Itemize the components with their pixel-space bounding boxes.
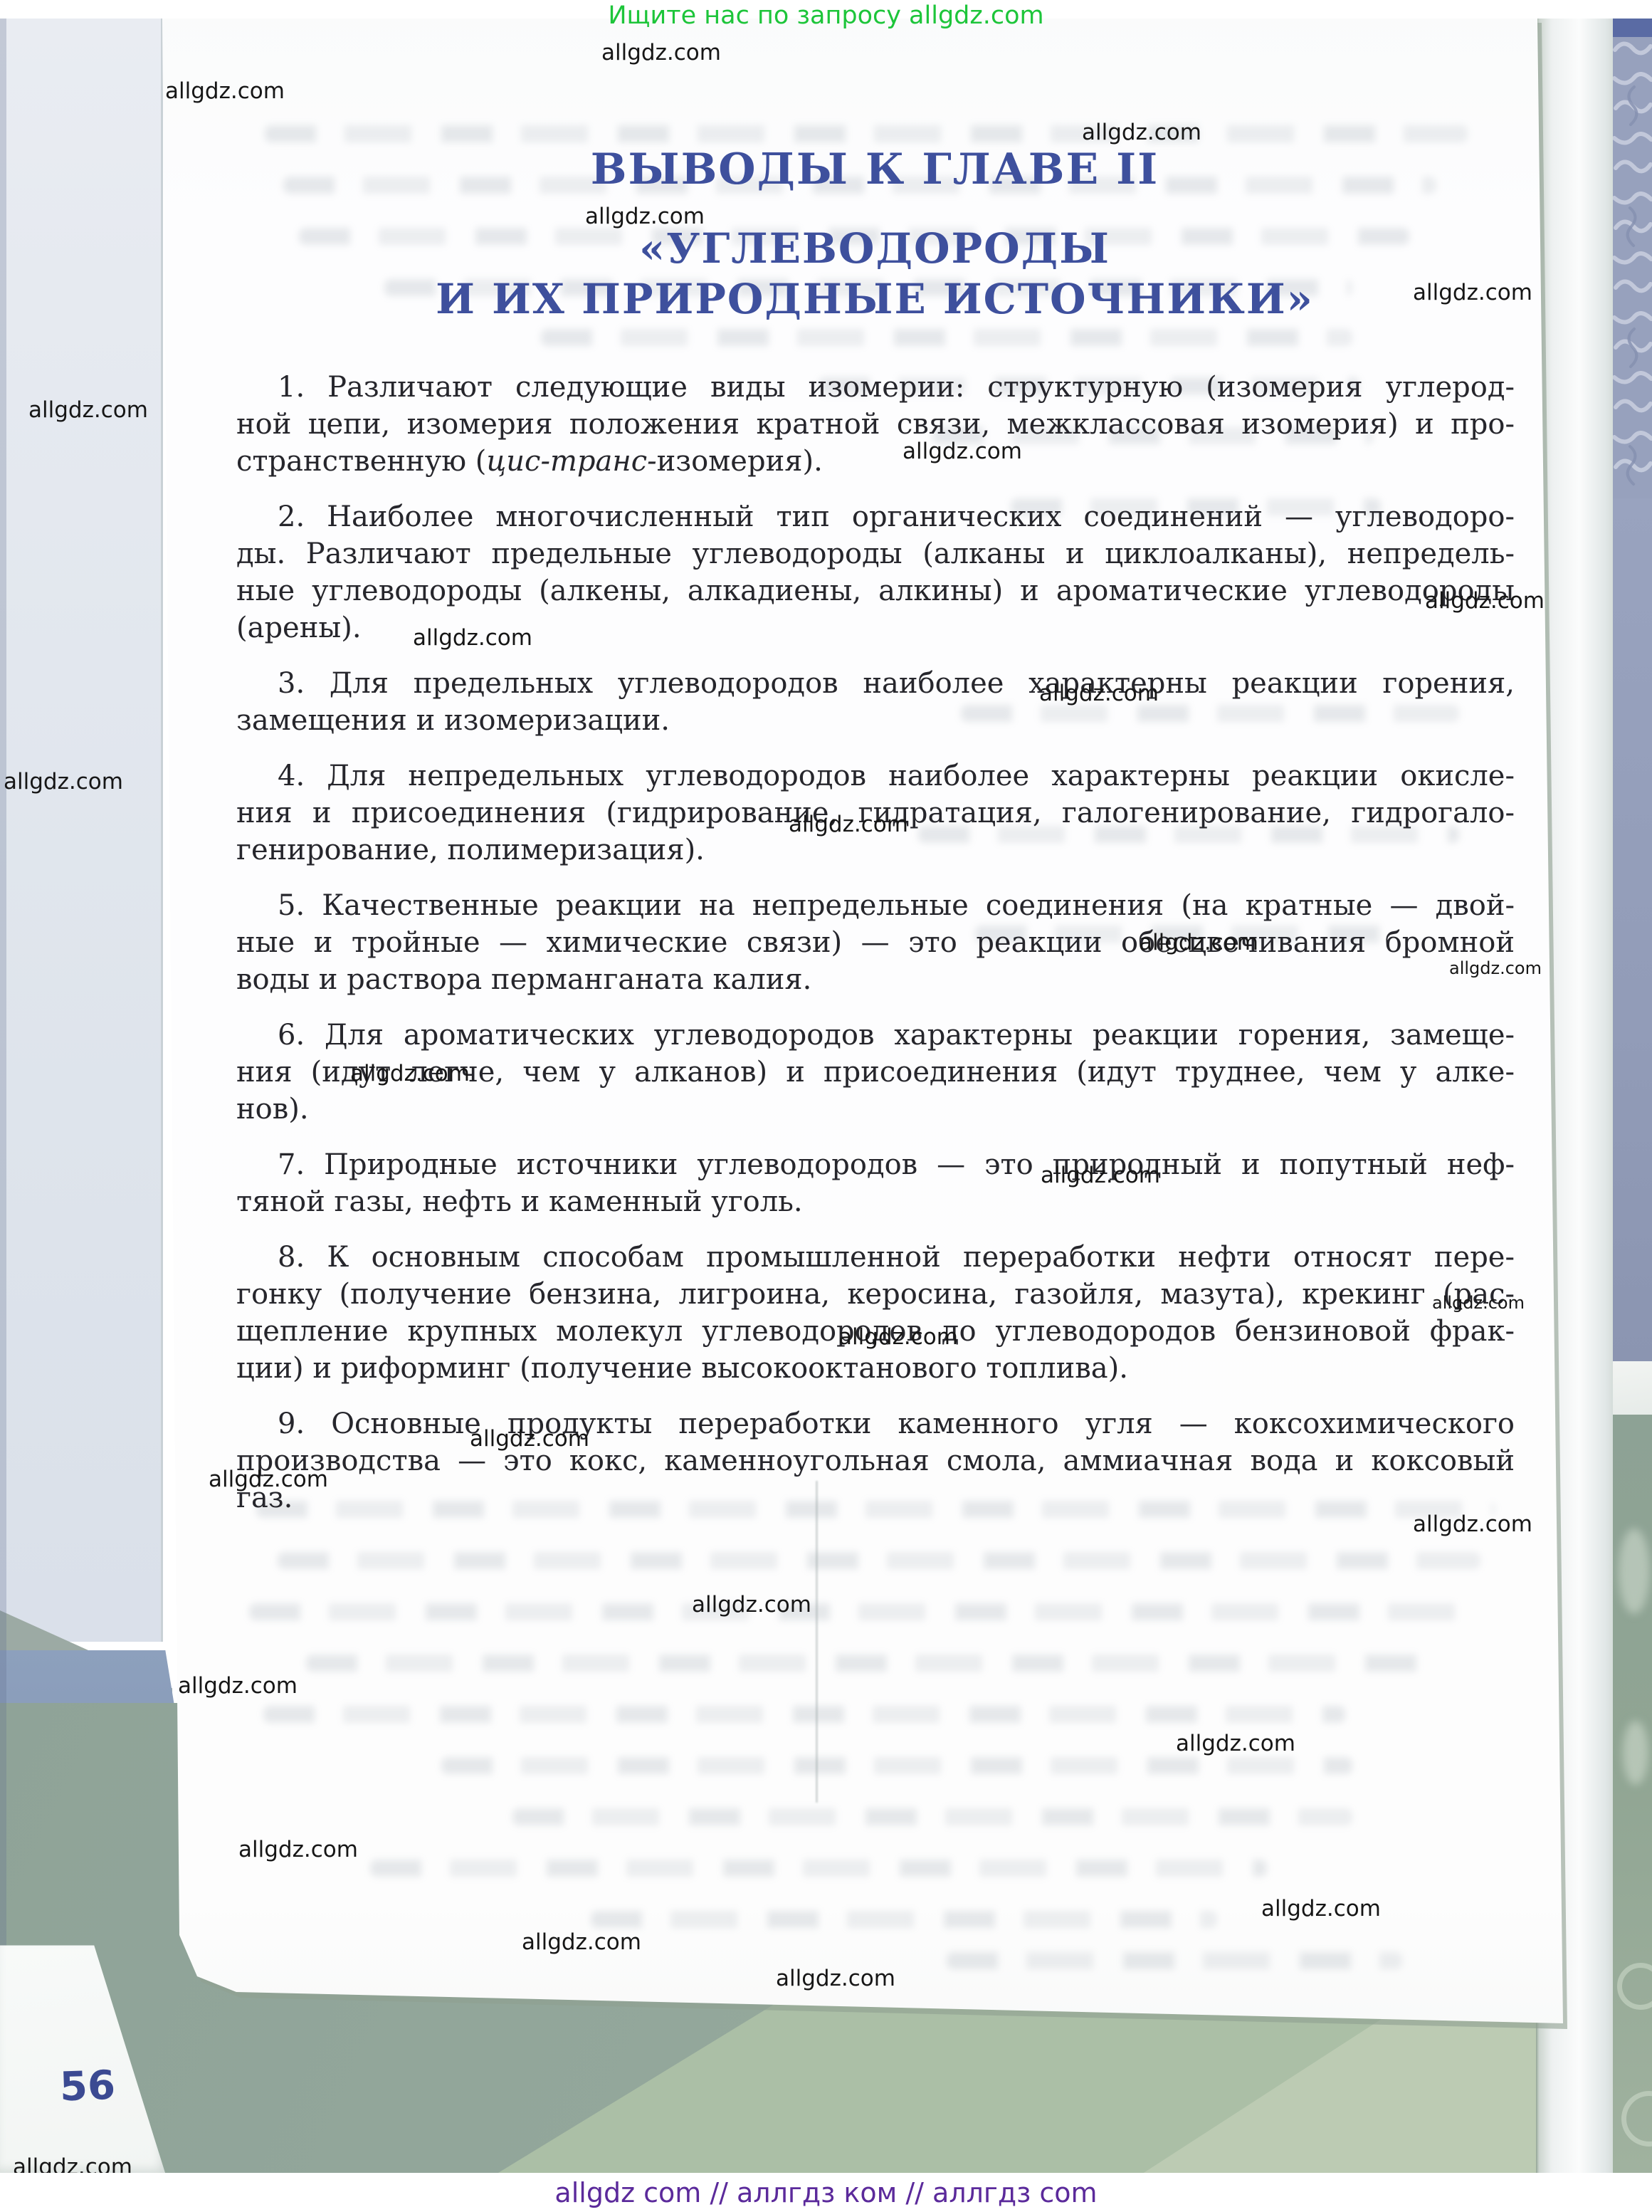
- texture-blob: [1623, 1721, 1648, 1785]
- bleed-through-line: [975, 926, 1402, 943]
- chapter-conclusions-title: ВЫВОДЫ К ГЛАВЕ II: [235, 145, 1515, 194]
- bleed-through-line: [947, 1952, 1402, 1969]
- bleed-through-line: [441, 1757, 1352, 1774]
- left-margin-strip: [0, 19, 163, 1642]
- texture-blob: [1619, 1529, 1650, 1614]
- bleed-through-line: [278, 1552, 1480, 1569]
- bleed-through-line: [1011, 498, 1381, 515]
- chapter-name-line1: «УГЛЕВОДОРОДЫ: [235, 224, 1515, 273]
- bleed-through-line: [918, 826, 1459, 843]
- bleed-through-line: [932, 427, 1374, 444]
- cover-green-band: [1613, 1415, 1652, 2173]
- chapter-name-line2: И ИХ ПРИРОДНЫЕ ИСТОЧНИКИ»: [235, 275, 1515, 323]
- top-banner-text: Ищите нас по запросу allgdz.com: [0, 1, 1652, 30]
- bleed-through-line: [263, 1706, 1345, 1723]
- bleed-through-line: [256, 1501, 1495, 1518]
- heading: ВЫВОДЫ К ГЛАВЕ II «УГЛЕВОДОРОДЫ И ИХ ПРИ…: [235, 145, 1515, 330]
- scan-edge-shadow: [0, 19, 6, 2173]
- bleed-through-line: [819, 377, 1359, 394]
- bleed-through-line: [591, 1911, 1217, 1928]
- cover-vermicular-pattern: [1613, 37, 1652, 498]
- page-number: 56: [59, 2062, 116, 2111]
- bleed-through-line: [512, 1808, 1352, 1825]
- footer-text: allgdz com // аллгдз ком // аллгдз com: [0, 2177, 1652, 2208]
- bleed-through-line: [306, 1655, 1431, 1672]
- bleed-through-line: [541, 329, 1352, 346]
- scanned-textbook-page: 56 ВЫВОДЫ К ГЛАВЕ II «УГЛЕВОДОРОДЫ И ИХ …: [0, 0, 1652, 2212]
- squiggle-pattern-icon: [1613, 37, 1652, 498]
- texture-ring: [1617, 1963, 1652, 2010]
- bleed-through-line: [249, 1603, 1480, 1620]
- texture-ring: [1621, 2091, 1652, 2147]
- cover-white-divider: [1613, 1361, 1652, 1415]
- page-crease: [816, 1481, 818, 1803]
- bleed-through-line: [265, 125, 1468, 142]
- bleed-through-line: [370, 1860, 1267, 1877]
- bleed-through-line: [961, 705, 1459, 722]
- cover-solid-band: [1613, 498, 1652, 1361]
